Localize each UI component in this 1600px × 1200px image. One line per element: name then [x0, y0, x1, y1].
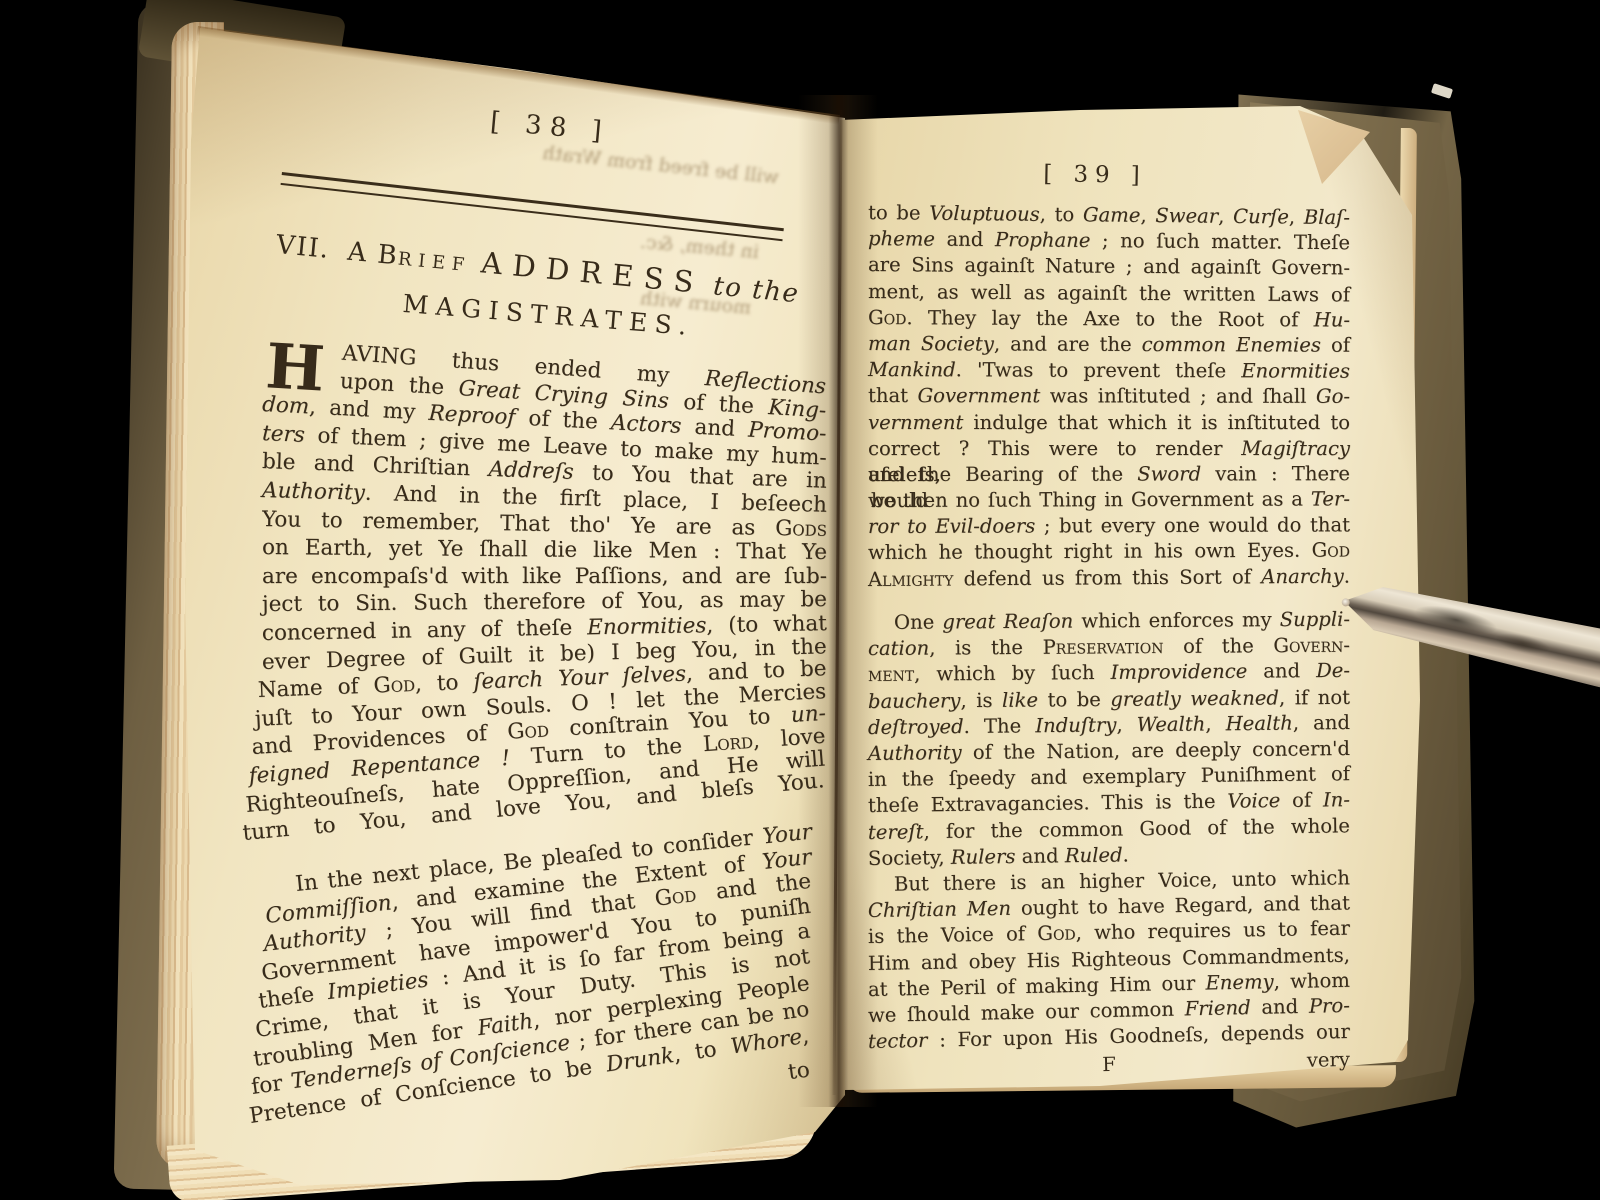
right-paragraph-3: But there is an higher Voice, unto which… — [868, 872, 1350, 1055]
text-line: Almighty defend us from this Sort of Ana… — [868, 563, 1350, 593]
text-line: that Government was inſtituted ; and ſha… — [868, 383, 1350, 410]
signature-mark: F — [1102, 1052, 1116, 1078]
text-line: ror to Evil-doers ; but every one would … — [868, 513, 1350, 541]
right-paragraph-1: to be Voluptuous, to Game, Swear, Curſe,… — [868, 200, 1350, 593]
text-line: correct ? This were to render Magiſtracy… — [868, 436, 1350, 462]
book-photograph: will be freed from Wrath in them, &c. mo… — [0, 0, 1600, 1200]
text-line: and the Bearing of the Sword vain : Ther… — [868, 461, 1350, 488]
text-line: One great Reaſon which enforces my Suppl… — [868, 607, 1350, 637]
text-line: ment, which by ſuch Improvidence and De- — [868, 658, 1350, 688]
catchword: very — [1307, 1047, 1351, 1074]
text-line: God. They lay the Axe to the Root of Hu- — [868, 305, 1350, 334]
left-paragraph-2: In the next place, Be pleaſed to conſide… — [250, 874, 815, 1160]
left-paragraph-1: AVING thus ended my Reflections upon the… — [262, 334, 827, 849]
text-line: are Sins againſt Nature ; and againſt Go… — [868, 252, 1350, 282]
text-line: Mankind. 'Twas to prevent theſe Enormiti… — [868, 357, 1350, 385]
text-line: which he thought right in his own Eyes. … — [868, 538, 1350, 567]
paper-sliver — [1431, 83, 1453, 99]
right-paragraph-2: One great Reaſon which enforces my Suppl… — [868, 610, 1350, 872]
text-line: vernment indulge that which it is inſtit… — [868, 410, 1350, 436]
text-line: ment, as well as againſt the written Law… — [868, 279, 1350, 309]
text-line: man Society, and are the common Enemies … — [868, 331, 1350, 359]
text-line: be then no ſuch Thing in Government as a… — [871, 486, 1350, 514]
page-number-39: [ 39 ] — [1020, 161, 1170, 190]
